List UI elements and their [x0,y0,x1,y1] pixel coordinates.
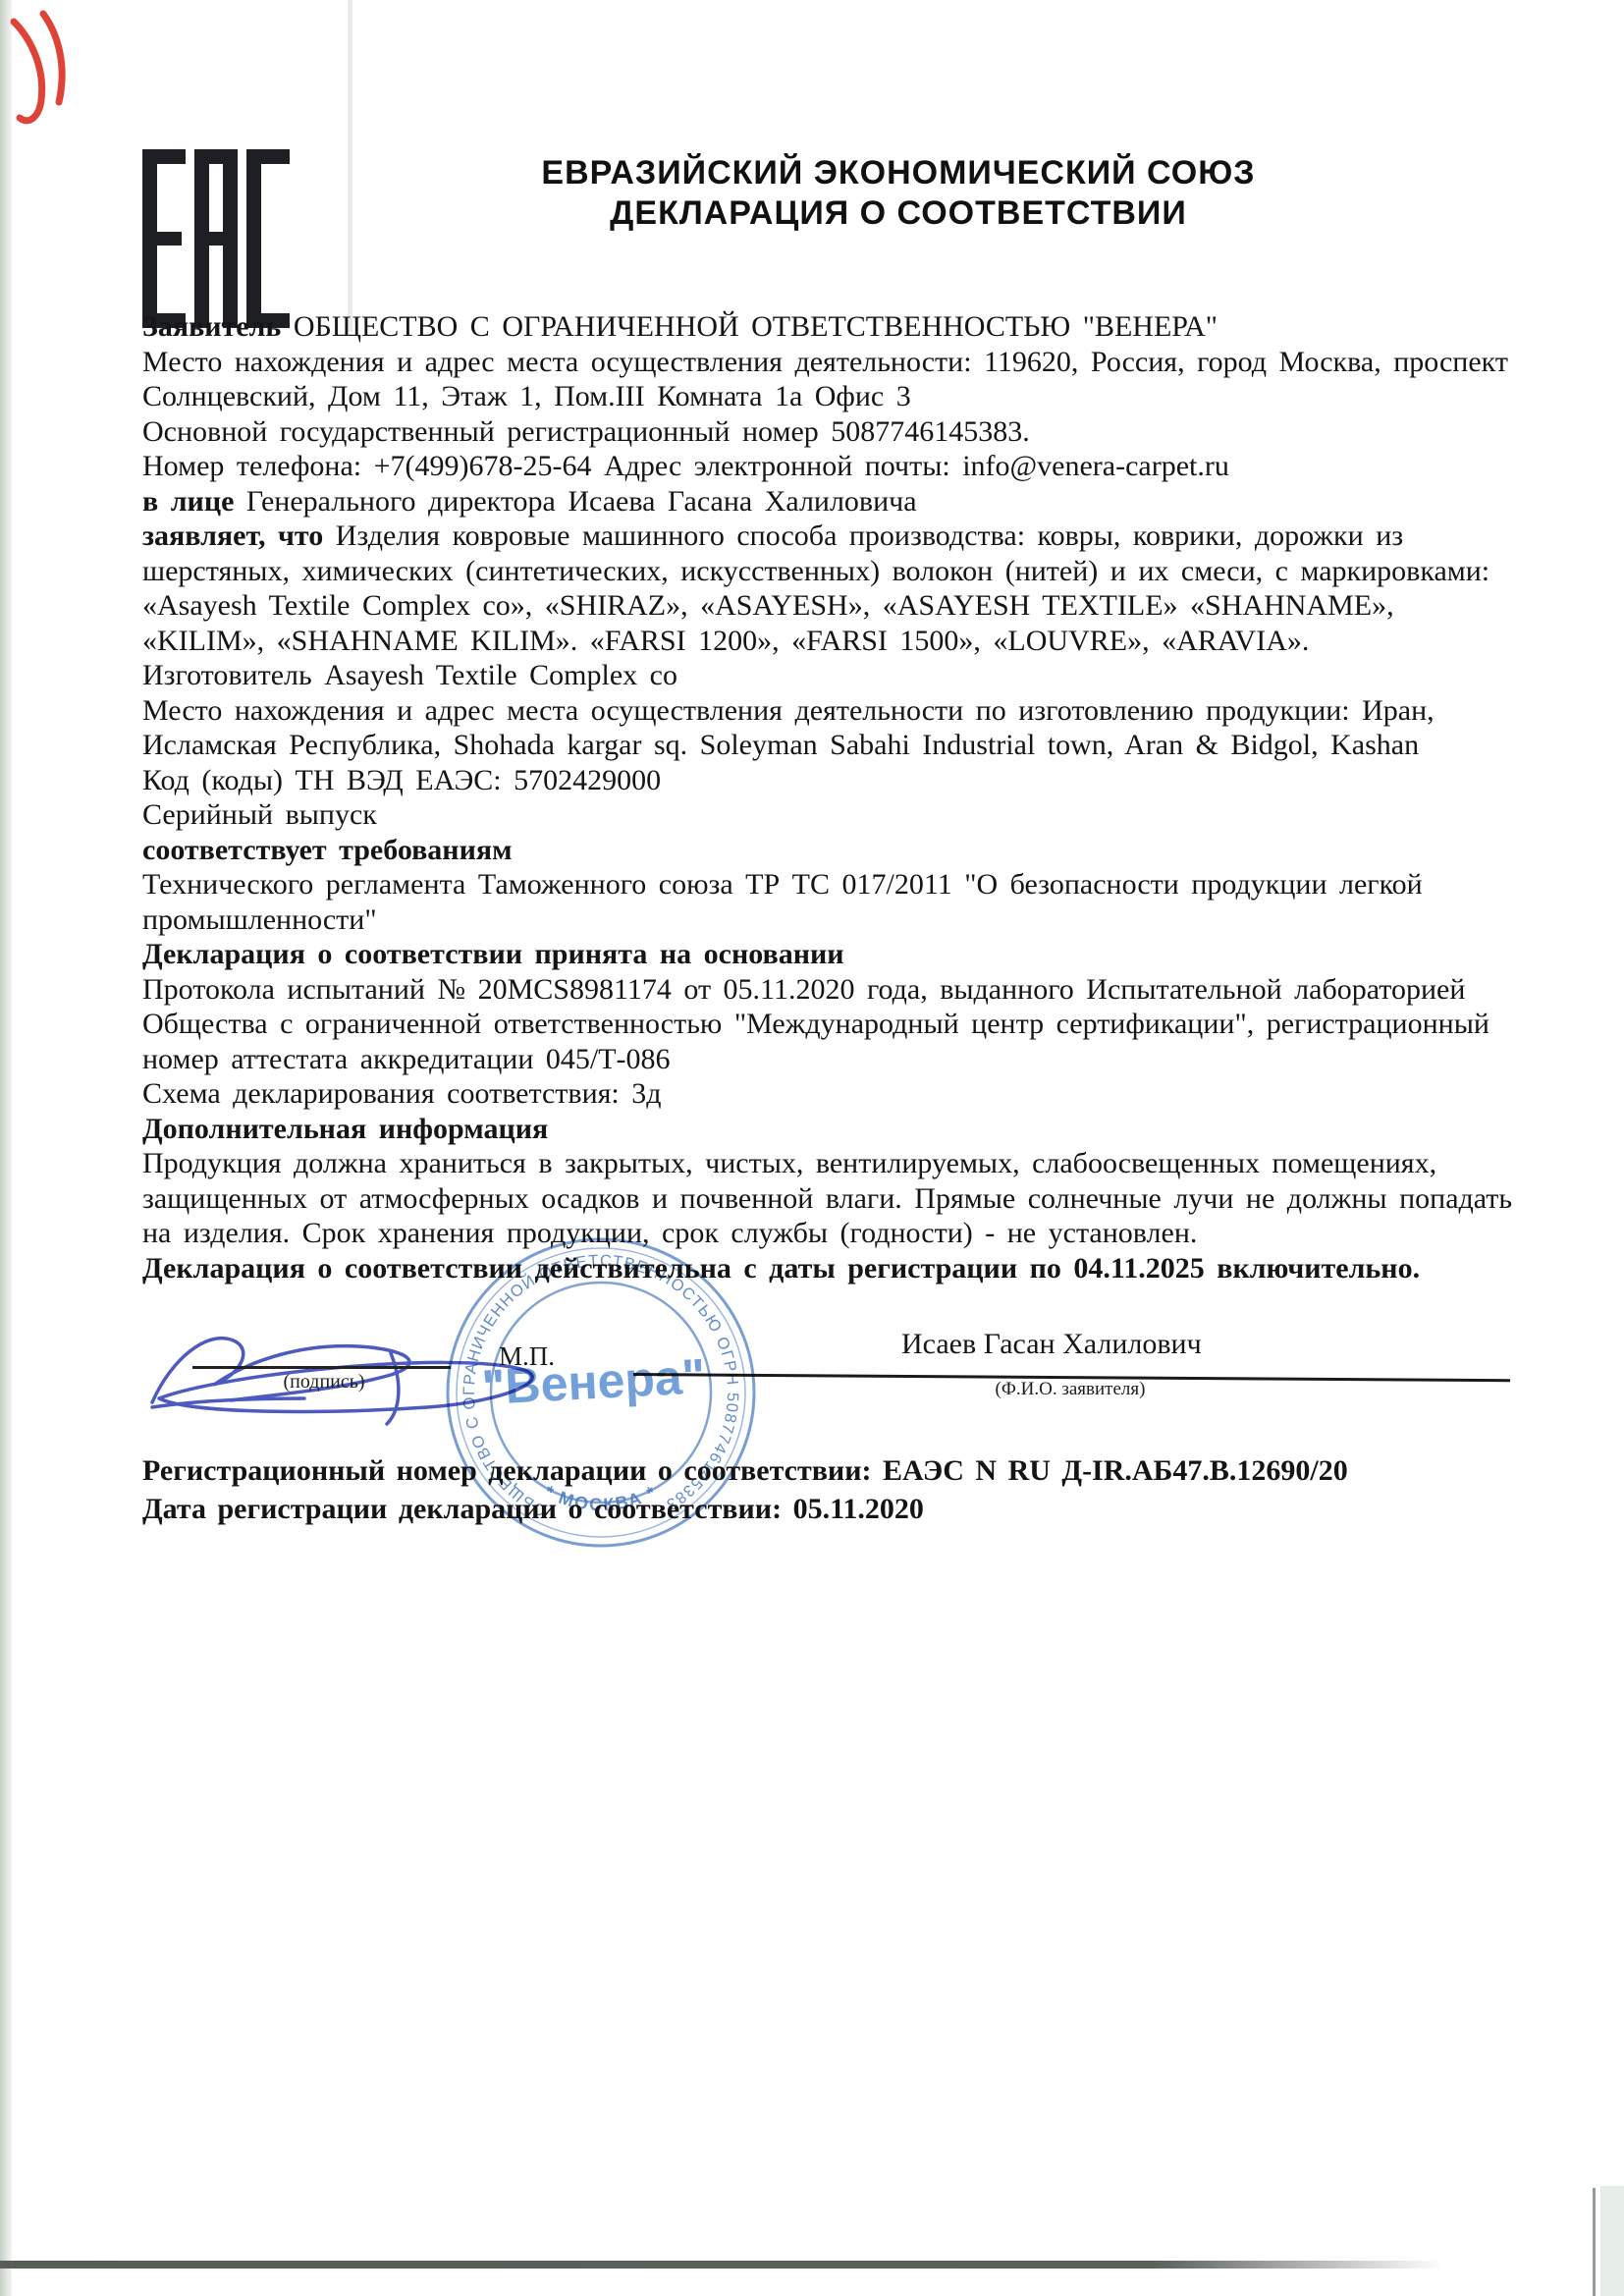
eac-logo [142,149,290,328]
scan-fold-line [348,0,352,332]
body-line: Дополнительная информация [142,1112,1501,1147]
body-line: Номер телефона: +7(499)678-25-64 Адрес э… [142,449,1501,484]
body-line: Протокола испытаний № 20MCS8981174 от 05… [142,972,1501,1008]
body-line: номер аттестата аккредитации 045/Т-086 [142,1042,1501,1077]
signature-line [192,1366,451,1369]
body-line: Исламская Республика, Shohada kargar sq.… [142,728,1501,763]
header-title: ЕВРАЗИЙСКИЙ ЭКОНОМИЧЕСКИЙ СОЮЗ ДЕКЛАРАЦИ… [461,153,1335,234]
body-line: на изделия. Срок хранения продукции, сро… [142,1216,1501,1251]
signature-caption: (подпись) [226,1371,422,1394]
body-line: соответствует требованиям [142,833,1501,868]
body-line: защищенных от атмосферных осадков и почв… [142,1181,1501,1217]
scan-edge-left [0,0,12,2296]
declarant-caption: (Ф.И.О. заявителя) [943,1379,1198,1400]
body-line: промышленности" [142,902,1501,938]
body-line: Декларация о соответствии действительна … [142,1251,1501,1286]
body-line: заявляет, что Изделия ковровые машинного… [142,519,1501,554]
body-line: Солнцевский, Дом 11, Этаж 1, Пом.III Ком… [142,379,1501,414]
title-line-2: ДЕКЛАРАЦИЯ О СООТВЕТСТВИИ [461,193,1335,234]
body-line: Место нахождения и адрес места осуществл… [142,345,1501,380]
body-line: Код (коды) ТН ВЭД ЕАЭС: 5702429000 [142,763,1501,798]
body-line: Серийный выпуск [142,797,1501,833]
title-line-1: ЕВРАЗИЙСКИЙ ЭКОНОМИЧЕСКИЙ СОЮЗ [461,153,1335,193]
body-line: Заявитель ОБЩЕСТВО С ОГРАНИЧЕННОЙ ОТВЕТС… [142,309,1501,345]
scan-edge-right-line [1593,2188,1596,2296]
reg-number-line: Регистрационный номер декларации о соотв… [142,1451,1348,1490]
body-line: в лице Генерального директора Исаева Гас… [142,484,1501,519]
body-line: Общества с ограниченной ответственностью… [142,1007,1501,1042]
body-line: Изготовитель Asayesh Textile Complex co [142,658,1501,693]
body-line: Схема декларирования соответствия: 3д [142,1076,1501,1112]
body-line: Технического регламента Таможенного союз… [142,867,1501,902]
body-line: шерстяных, химических (синтетических, ис… [142,554,1501,589]
scan-edge-right-strip [1600,2186,1624,2296]
scan-bottom-edge [0,2261,1443,2269]
body-line: «KILIM», «SHAHNAME KILIM». «FARSI 1200»,… [142,624,1501,659]
declarant-name: Исаев Гасан Халилович [901,1328,1202,1361]
body-line: Продукция должна храниться в закрытых, ч… [142,1146,1501,1181]
body-line: «Asayesh Textile Complex co», «SHIRAZ», … [142,588,1501,624]
body-line: Место нахождения и адрес места осуществл… [142,693,1501,729]
body-line: Основной государственный регистрационный… [142,414,1501,450]
body-line: Декларация о соответствии принята на осн… [142,937,1501,972]
footer: Регистрационный номер декларации о соотв… [142,1451,1348,1528]
reg-date-line: Дата регистрации декларации о соответств… [142,1490,1348,1528]
body-text: Заявитель ОБЩЕСТВО С ОГРАНИЧЕННОЙ ОТВЕТС… [142,309,1501,1285]
stamp-center-text: "Венера" [480,1348,706,1415]
document-page: ЕВРАЗИЙСКИЙ ЭКОНОМИЧЕСКИЙ СОЮЗ ДЕКЛАРАЦИ… [0,0,1624,2296]
red-pen-marks-icon [4,6,81,136]
